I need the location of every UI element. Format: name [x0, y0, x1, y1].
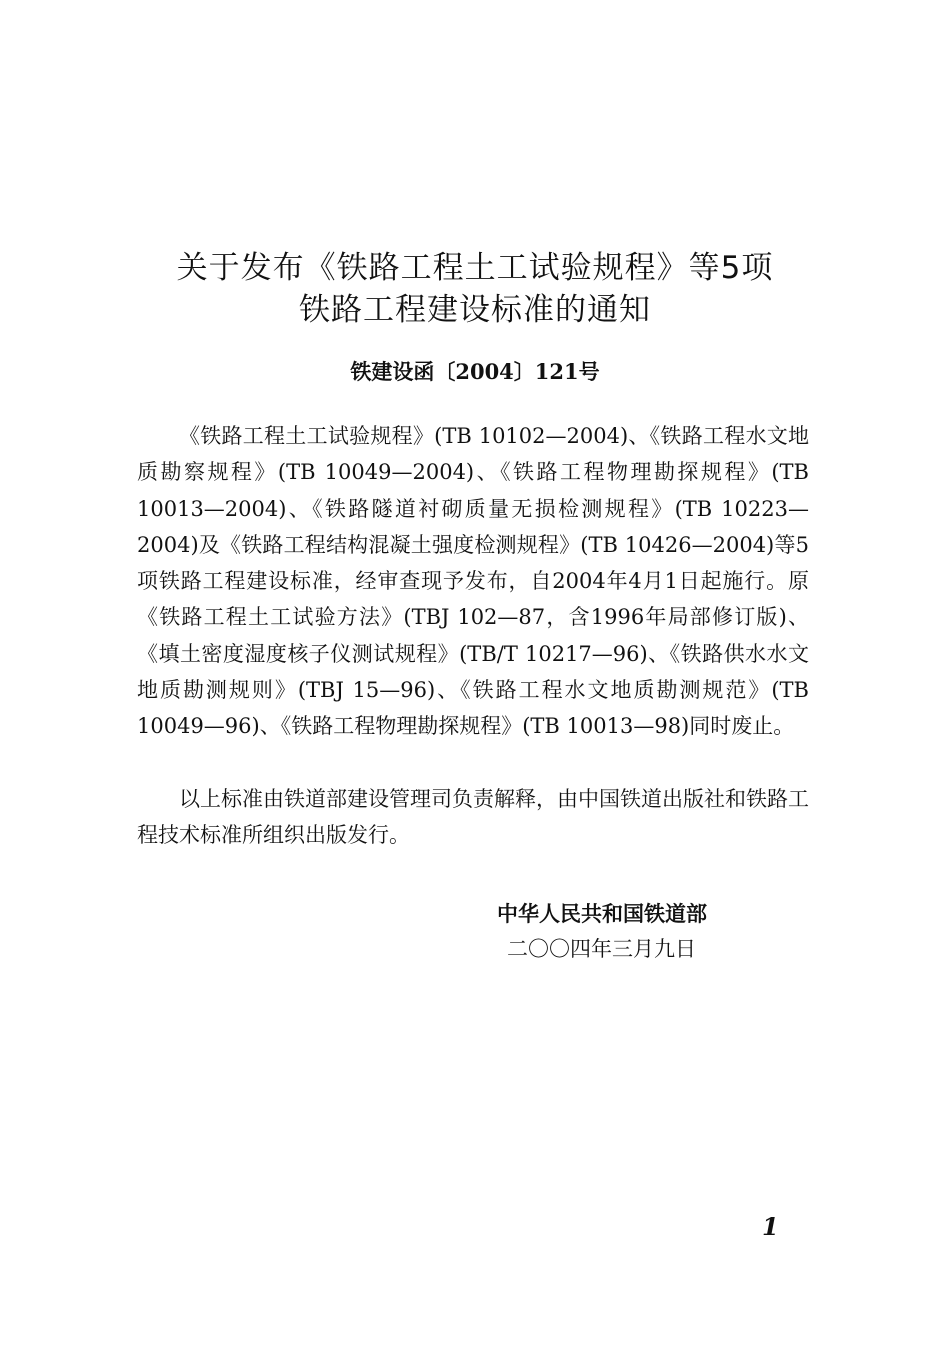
- page-number: 1: [762, 1212, 779, 1241]
- issue-date: 二〇〇四年三月九日: [507, 933, 696, 963]
- document-number: 铁建设函〔2004〕121号: [0, 356, 950, 386]
- issuer-signature: 中华人民共和国铁道部: [497, 898, 707, 928]
- body-paragraph-1: 《铁路工程土工试验规程》(TB 10102—2004)、《铁路工程水文地质勘察规…: [137, 418, 809, 745]
- body-paragraph-2: 以上标准由铁道部建设管理司负责解释，由中国铁道出版社和铁路工程技术标准所组织出版…: [137, 781, 809, 854]
- title-line-2: 铁路工程建设标准的通知: [0, 284, 950, 329]
- title-line-1: 关于发布《铁路工程土工试验规程》等5项: [0, 242, 950, 287]
